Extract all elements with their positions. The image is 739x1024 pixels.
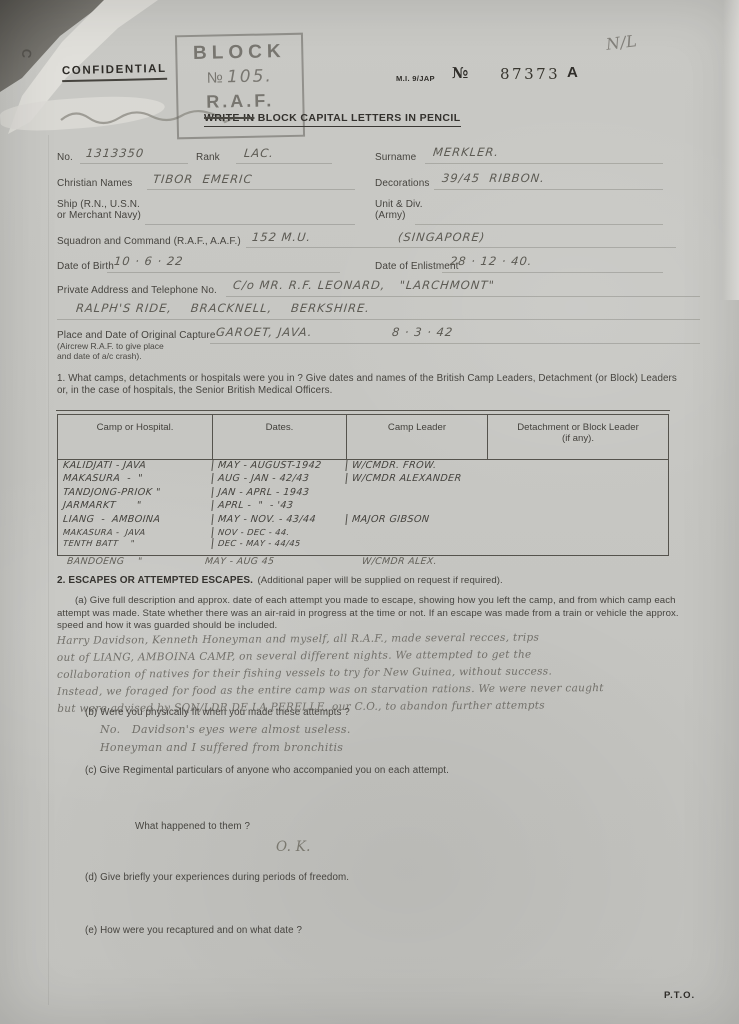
header-camp-leader: Camp Leader	[346, 415, 487, 459]
stamp-line-number: № 105.	[178, 66, 302, 89]
camp-table: Camp or Hospital. Dates. Camp Leader Det…	[57, 414, 669, 556]
pencil-note-nl: N/L	[605, 31, 638, 54]
table-row: JARMARKT " APRL - " - '43	[58, 500, 668, 513]
field-dob-value: 10 · 6 · 22	[113, 254, 184, 268]
scanned-form-page: C CONFIDENTIAL BLOCK № 105. R.A.F. M.I. …	[0, 0, 739, 1024]
field-decorations-value: 39/45 RIBBON.	[441, 171, 545, 185]
table-row: TANDJONG-PRIOK " JAN - APRL - 1943	[58, 487, 668, 500]
table-row: TENTH BATT " DEC - MAY - 44/45	[58, 538, 668, 549]
question-2-note: (Additional paper will be supplied on re…	[257, 575, 502, 586]
question-2b-answer-1: No. Davidson's eyes were almost useless.	[100, 723, 351, 736]
table-row: KALIDJATI - JAVA MAY - AUGUST-1942 W/CMD…	[58, 460, 668, 473]
field-squadron-value: 152 M.U.	[251, 230, 312, 244]
field-surname-value: MERKLER.	[432, 145, 500, 159]
serial-number: 87373	[500, 65, 560, 83]
question-2e-text: (e) How were you recaptured and on what …	[85, 925, 302, 936]
block-capitals-instruction: WRITE IN BLOCK CAPITAL LETTERS IN PENCIL	[204, 112, 461, 127]
question-2-heading: 2. ESCAPES OR ATTEMPTED ESCAPES. (Additi…	[57, 570, 503, 588]
confidential-heading: CONFIDENTIAL	[62, 63, 167, 82]
field-unit-label2: (Army)	[375, 210, 406, 221]
escape-answer: Harry Davidson, Kenneth Honeyman and mys…	[57, 629, 604, 718]
field-ship-label2: or Merchant Navy)	[57, 210, 141, 221]
question-2d-text: (d) Give briefly your experiences during…	[85, 872, 349, 883]
table-row: MAKASURA - JAVA NOV - DEC - 44.	[58, 527, 668, 538]
field-squadron-label: Squadron and Command (R.A.F., A.A.F.)	[57, 236, 241, 247]
field-squadron-value2: (SINGAPORE)	[397, 230, 486, 244]
field-enlistment-value: 28 · 12 · 40.	[449, 254, 533, 268]
serial-prefix-label: M.I. 9/JAP	[396, 74, 435, 83]
serial-suffix: A	[567, 64, 578, 81]
question-2a-text: (a) Give full description and approx. da…	[57, 595, 699, 633]
field-christian-names-label: Christian Names	[57, 178, 132, 189]
field-address-value2: RALPH'S RIDE, BRACKNELL, BERKSHIRE.	[75, 301, 370, 315]
question-1-text: 1. What camps, detachments or hospitals …	[57, 373, 689, 397]
stamp-line-block: BLOCK	[177, 41, 301, 66]
what-happened-label: What happened to them ?	[135, 821, 250, 832]
pto-footer: P.T.O.	[664, 990, 695, 1001]
field-decorations-label: Decorations	[375, 178, 429, 189]
field-capture-label3: and date of a/c crash).	[57, 351, 142, 361]
field-christian-names-value: TIBOR EMERIC	[152, 172, 253, 186]
what-happened-answer: O. K.	[276, 839, 311, 855]
field-rank-label: Rank	[196, 152, 220, 163]
field-unit-label: Unit & Div.	[375, 199, 423, 210]
serial-no-symbol: №	[452, 64, 468, 82]
field-ship-label: Ship (R.N., U.S.N.	[57, 199, 140, 210]
field-rank-value: LAC.	[243, 146, 274, 160]
table-row: LIANG - AMBOINA MAY - NOV. - 43/44 MAJOR…	[58, 514, 668, 527]
overflow-leader: W/CMDR ALEX.	[361, 556, 437, 567]
overflow-camp: BANDOENG "	[66, 556, 143, 567]
struck-words: WRITE IN	[204, 112, 254, 124]
field-address-value1: C/o MR. R.F. LEONARD, "LARCHMONT"	[232, 278, 495, 292]
header-camp-or-hospital: Camp or Hospital.	[58, 415, 212, 459]
left-margin-crease	[48, 135, 49, 1005]
field-capture-label2: (Aircrew R.A.F. to give place	[57, 341, 164, 351]
field-address-label: Private Address and Telephone No.	[57, 285, 217, 296]
field-dob-label: Date of Birth	[57, 261, 114, 272]
page-edge-highlight	[723, 0, 739, 300]
camp-table-body: KALIDJATI - JAVA MAY - AUGUST-1942 W/CMD…	[58, 460, 668, 549]
field-no-value: 1313350	[85, 146, 145, 160]
camp-table-header-row: Camp or Hospital. Dates. Camp Leader Det…	[58, 415, 668, 460]
field-surname-label: Surname	[375, 152, 416, 163]
field-no-label: No.	[57, 152, 73, 163]
question-2b-text: (b) Were you physically fit when you mad…	[85, 707, 350, 718]
question-2c-text: (c) Give Regimental particulars of anyon…	[85, 765, 449, 776]
stamp-line-raf: R.A.F.	[178, 90, 302, 114]
overflow-dates: MAY - AUG 45	[204, 556, 274, 567]
header-dates: Dates.	[212, 415, 346, 459]
field-enlistment-label: Date of Enlistment	[375, 261, 459, 272]
table-row: MAKASURA - " AUG - JAN - 42/43 W/CMDR AL…	[58, 473, 668, 486]
header-detachment-leader: Detachment or Block Leader (if any).	[487, 415, 668, 459]
field-capture-place: GAROET, JAVA.	[215, 325, 313, 339]
field-capture-date: 8 · 3 · 42	[391, 325, 454, 339]
field-capture-label: Place and Date of Original Capture	[57, 330, 216, 341]
question-2-title: 2. ESCAPES OR ATTEMPTED ESCAPES.	[57, 575, 253, 586]
question-2b-answer-2: Honeyman and I suffered from bronchitis	[100, 741, 343, 754]
stray-letter-mark: C	[19, 48, 35, 59]
